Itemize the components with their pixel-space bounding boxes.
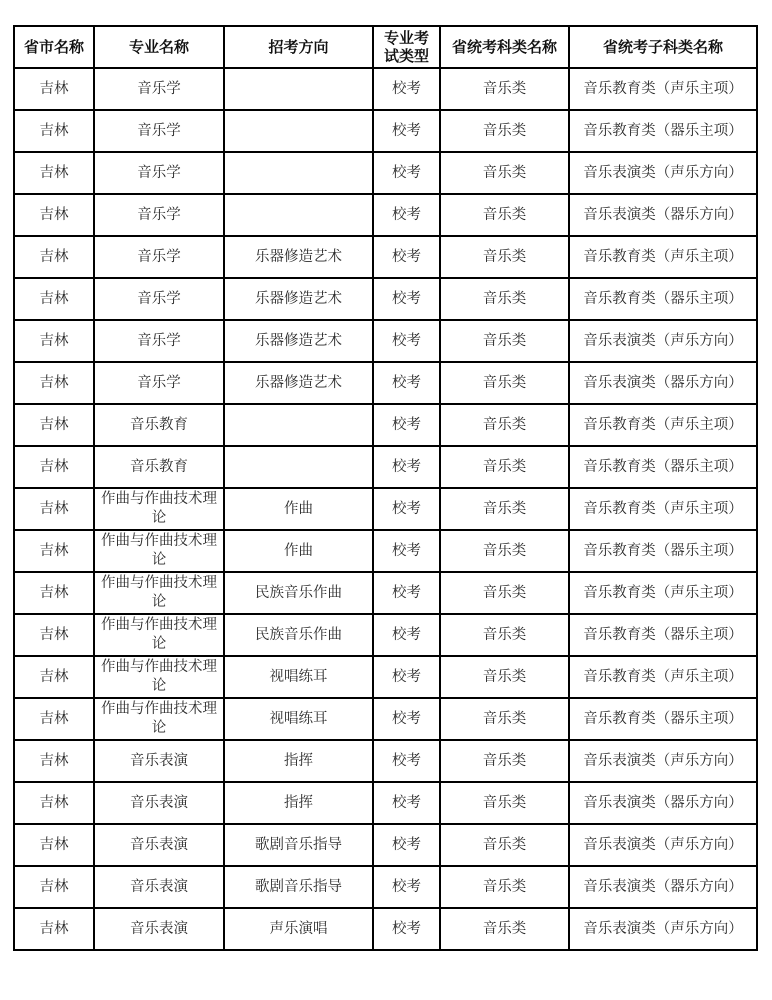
cell-province: 吉林 bbox=[14, 404, 94, 446]
table-row: 吉林音乐学校考音乐类音乐表演类（声乐方向） bbox=[14, 152, 757, 194]
cell-subcategory: 音乐表演类（器乐方向） bbox=[569, 866, 757, 908]
cell-province: 吉林 bbox=[14, 866, 94, 908]
header-category: 省统考科类名称 bbox=[440, 26, 569, 68]
cell-province: 吉林 bbox=[14, 320, 94, 362]
table-row: 吉林音乐表演歌剧音乐指导校考音乐类音乐表演类（声乐方向） bbox=[14, 824, 757, 866]
cell-province: 吉林 bbox=[14, 68, 94, 110]
cell-major: 音乐表演 bbox=[94, 908, 224, 950]
cell-exam-type: 校考 bbox=[373, 194, 440, 236]
cell-direction: 民族音乐作曲 bbox=[224, 572, 373, 614]
cell-province: 吉林 bbox=[14, 572, 94, 614]
cell-subcategory: 音乐教育类（声乐主项） bbox=[569, 572, 757, 614]
cell-exam-type: 校考 bbox=[373, 908, 440, 950]
cell-direction bbox=[224, 194, 373, 236]
cell-category: 音乐类 bbox=[440, 740, 569, 782]
cell-subcategory: 音乐表演类（声乐方向） bbox=[569, 320, 757, 362]
cell-subcategory: 音乐教育类（器乐主项） bbox=[569, 446, 757, 488]
cell-subcategory: 音乐教育类（器乐主项） bbox=[569, 614, 757, 656]
cell-major: 作曲与作曲技术理论 bbox=[94, 656, 224, 698]
cell-direction bbox=[224, 446, 373, 488]
cell-direction: 歌剧音乐指导 bbox=[224, 866, 373, 908]
cell-direction bbox=[224, 68, 373, 110]
table-row: 吉林音乐学乐器修造艺术校考音乐类音乐教育类（声乐主项） bbox=[14, 236, 757, 278]
cell-subcategory: 音乐表演类（声乐方向） bbox=[569, 824, 757, 866]
admissions-table: 省市名称 专业名称 招考方向 专业考试类型 省统考科类名称 省统考子科类名称 吉… bbox=[13, 25, 758, 951]
cell-major: 作曲与作曲技术理论 bbox=[94, 614, 224, 656]
cell-category: 音乐类 bbox=[440, 614, 569, 656]
cell-exam-type: 校考 bbox=[373, 362, 440, 404]
cell-direction bbox=[224, 404, 373, 446]
table-row: 吉林作曲与作曲技术理论视唱练耳校考音乐类音乐教育类（器乐主项） bbox=[14, 698, 757, 740]
cell-subcategory: 音乐表演类（声乐方向） bbox=[569, 908, 757, 950]
cell-exam-type: 校考 bbox=[373, 614, 440, 656]
cell-category: 音乐类 bbox=[440, 866, 569, 908]
cell-major: 音乐学 bbox=[94, 68, 224, 110]
cell-major: 作曲与作曲技术理论 bbox=[94, 488, 224, 530]
table-row: 吉林音乐表演声乐演唱校考音乐类音乐表演类（声乐方向） bbox=[14, 908, 757, 950]
cell-exam-type: 校考 bbox=[373, 152, 440, 194]
cell-major: 音乐学 bbox=[94, 362, 224, 404]
cell-direction: 视唱练耳 bbox=[224, 698, 373, 740]
cell-direction: 声乐演唱 bbox=[224, 908, 373, 950]
cell-major: 音乐表演 bbox=[94, 824, 224, 866]
table-row: 吉林音乐学校考音乐类音乐教育类（器乐主项） bbox=[14, 110, 757, 152]
table-body: 吉林音乐学校考音乐类音乐教育类（声乐主项）吉林音乐学校考音乐类音乐教育类（器乐主… bbox=[14, 68, 757, 950]
cell-category: 音乐类 bbox=[440, 446, 569, 488]
cell-exam-type: 校考 bbox=[373, 110, 440, 152]
cell-category: 音乐类 bbox=[440, 110, 569, 152]
cell-direction: 视唱练耳 bbox=[224, 656, 373, 698]
cell-direction: 乐器修造艺术 bbox=[224, 362, 373, 404]
cell-category: 音乐类 bbox=[440, 278, 569, 320]
table-row: 吉林作曲与作曲技术理论民族音乐作曲校考音乐类音乐教育类（声乐主项） bbox=[14, 572, 757, 614]
header-direction: 招考方向 bbox=[224, 26, 373, 68]
cell-subcategory: 音乐教育类（声乐主项） bbox=[569, 68, 757, 110]
cell-category: 音乐类 bbox=[440, 698, 569, 740]
cell-province: 吉林 bbox=[14, 194, 94, 236]
cell-province: 吉林 bbox=[14, 740, 94, 782]
cell-major: 音乐表演 bbox=[94, 866, 224, 908]
cell-exam-type: 校考 bbox=[373, 68, 440, 110]
table-row: 吉林音乐学乐器修造艺术校考音乐类音乐表演类（器乐方向） bbox=[14, 362, 757, 404]
cell-exam-type: 校考 bbox=[373, 236, 440, 278]
cell-category: 音乐类 bbox=[440, 908, 569, 950]
table-row: 吉林音乐表演歌剧音乐指导校考音乐类音乐表演类（器乐方向） bbox=[14, 866, 757, 908]
table-row: 吉林音乐教育校考音乐类音乐教育类（器乐主项） bbox=[14, 446, 757, 488]
cell-category: 音乐类 bbox=[440, 68, 569, 110]
cell-major: 作曲与作曲技术理论 bbox=[94, 698, 224, 740]
cell-subcategory: 音乐表演类（器乐方向） bbox=[569, 362, 757, 404]
cell-subcategory: 音乐教育类（声乐主项） bbox=[569, 488, 757, 530]
cell-direction: 乐器修造艺术 bbox=[224, 278, 373, 320]
cell-province: 吉林 bbox=[14, 698, 94, 740]
cell-major: 音乐学 bbox=[94, 320, 224, 362]
cell-subcategory: 音乐教育类（声乐主项） bbox=[569, 656, 757, 698]
cell-province: 吉林 bbox=[14, 278, 94, 320]
table-row: 吉林音乐学校考音乐类音乐教育类（声乐主项） bbox=[14, 68, 757, 110]
header-exam-type: 专业考试类型 bbox=[373, 26, 440, 68]
cell-direction: 乐器修造艺术 bbox=[224, 320, 373, 362]
cell-major: 音乐教育 bbox=[94, 404, 224, 446]
cell-direction: 指挥 bbox=[224, 782, 373, 824]
cell-province: 吉林 bbox=[14, 656, 94, 698]
table-row: 吉林音乐表演指挥校考音乐类音乐表演类（器乐方向） bbox=[14, 782, 757, 824]
cell-direction: 民族音乐作曲 bbox=[224, 614, 373, 656]
cell-direction: 指挥 bbox=[224, 740, 373, 782]
cell-exam-type: 校考 bbox=[373, 656, 440, 698]
cell-province: 吉林 bbox=[14, 362, 94, 404]
header-province: 省市名称 bbox=[14, 26, 94, 68]
cell-major: 音乐学 bbox=[94, 110, 224, 152]
header-row: 省市名称 专业名称 招考方向 专业考试类型 省统考科类名称 省统考子科类名称 bbox=[14, 26, 757, 68]
cell-subcategory: 音乐表演类（声乐方向） bbox=[569, 740, 757, 782]
cell-subcategory: 音乐教育类（器乐主项） bbox=[569, 698, 757, 740]
cell-exam-type: 校考 bbox=[373, 866, 440, 908]
cell-exam-type: 校考 bbox=[373, 404, 440, 446]
cell-exam-type: 校考 bbox=[373, 698, 440, 740]
cell-category: 音乐类 bbox=[440, 572, 569, 614]
table-row: 吉林作曲与作曲技术理论作曲校考音乐类音乐教育类（声乐主项） bbox=[14, 488, 757, 530]
cell-subcategory: 音乐教育类（声乐主项） bbox=[569, 236, 757, 278]
table-row: 吉林作曲与作曲技术理论作曲校考音乐类音乐教育类（器乐主项） bbox=[14, 530, 757, 572]
cell-category: 音乐类 bbox=[440, 362, 569, 404]
cell-major: 音乐学 bbox=[94, 152, 224, 194]
cell-direction: 作曲 bbox=[224, 488, 373, 530]
cell-major: 音乐表演 bbox=[94, 740, 224, 782]
cell-direction bbox=[224, 152, 373, 194]
cell-direction: 作曲 bbox=[224, 530, 373, 572]
cell-exam-type: 校考 bbox=[373, 572, 440, 614]
cell-category: 音乐类 bbox=[440, 824, 569, 866]
cell-subcategory: 音乐教育类（器乐主项） bbox=[569, 530, 757, 572]
cell-category: 音乐类 bbox=[440, 404, 569, 446]
cell-category: 音乐类 bbox=[440, 320, 569, 362]
cell-major: 音乐学 bbox=[94, 194, 224, 236]
cell-exam-type: 校考 bbox=[373, 530, 440, 572]
cell-province: 吉林 bbox=[14, 236, 94, 278]
cell-major: 音乐学 bbox=[94, 278, 224, 320]
cell-major: 音乐教育 bbox=[94, 446, 224, 488]
cell-province: 吉林 bbox=[14, 614, 94, 656]
cell-direction bbox=[224, 110, 373, 152]
cell-category: 音乐类 bbox=[440, 152, 569, 194]
cell-province: 吉林 bbox=[14, 488, 94, 530]
cell-subcategory: 音乐教育类（器乐主项） bbox=[569, 110, 757, 152]
cell-category: 音乐类 bbox=[440, 488, 569, 530]
cell-province: 吉林 bbox=[14, 824, 94, 866]
cell-major: 音乐表演 bbox=[94, 782, 224, 824]
cell-exam-type: 校考 bbox=[373, 446, 440, 488]
cell-subcategory: 音乐教育类（声乐主项） bbox=[569, 404, 757, 446]
cell-major: 作曲与作曲技术理论 bbox=[94, 530, 224, 572]
cell-province: 吉林 bbox=[14, 446, 94, 488]
cell-subcategory: 音乐教育类（器乐主项） bbox=[569, 278, 757, 320]
header-subcategory: 省统考子科类名称 bbox=[569, 26, 757, 68]
cell-subcategory: 音乐表演类（声乐方向） bbox=[569, 152, 757, 194]
table-row: 吉林音乐学乐器修造艺术校考音乐类音乐表演类（声乐方向） bbox=[14, 320, 757, 362]
header-major: 专业名称 bbox=[94, 26, 224, 68]
cell-major: 音乐学 bbox=[94, 236, 224, 278]
cell-major: 作曲与作曲技术理论 bbox=[94, 572, 224, 614]
cell-province: 吉林 bbox=[14, 152, 94, 194]
cell-direction: 乐器修造艺术 bbox=[224, 236, 373, 278]
cell-exam-type: 校考 bbox=[373, 488, 440, 530]
table-row: 吉林音乐学乐器修造艺术校考音乐类音乐教育类（器乐主项） bbox=[14, 278, 757, 320]
cell-category: 音乐类 bbox=[440, 782, 569, 824]
cell-province: 吉林 bbox=[14, 908, 94, 950]
table-row: 吉林音乐教育校考音乐类音乐教育类（声乐主项） bbox=[14, 404, 757, 446]
cell-subcategory: 音乐表演类（器乐方向） bbox=[569, 782, 757, 824]
table-row: 吉林音乐学校考音乐类音乐表演类（器乐方向） bbox=[14, 194, 757, 236]
table-row: 吉林音乐表演指挥校考音乐类音乐表演类（声乐方向） bbox=[14, 740, 757, 782]
cell-category: 音乐类 bbox=[440, 656, 569, 698]
cell-exam-type: 校考 bbox=[373, 782, 440, 824]
table-row: 吉林作曲与作曲技术理论视唱练耳校考音乐类音乐教育类（声乐主项） bbox=[14, 656, 757, 698]
cell-exam-type: 校考 bbox=[373, 320, 440, 362]
cell-exam-type: 校考 bbox=[373, 824, 440, 866]
cell-province: 吉林 bbox=[14, 110, 94, 152]
cell-province: 吉林 bbox=[14, 530, 94, 572]
cell-exam-type: 校考 bbox=[373, 740, 440, 782]
cell-category: 音乐类 bbox=[440, 194, 569, 236]
cell-province: 吉林 bbox=[14, 782, 94, 824]
cell-subcategory: 音乐表演类（器乐方向） bbox=[569, 194, 757, 236]
cell-direction: 歌剧音乐指导 bbox=[224, 824, 373, 866]
cell-category: 音乐类 bbox=[440, 236, 569, 278]
cell-exam-type: 校考 bbox=[373, 278, 440, 320]
cell-category: 音乐类 bbox=[440, 530, 569, 572]
table-row: 吉林作曲与作曲技术理论民族音乐作曲校考音乐类音乐教育类（器乐主项） bbox=[14, 614, 757, 656]
